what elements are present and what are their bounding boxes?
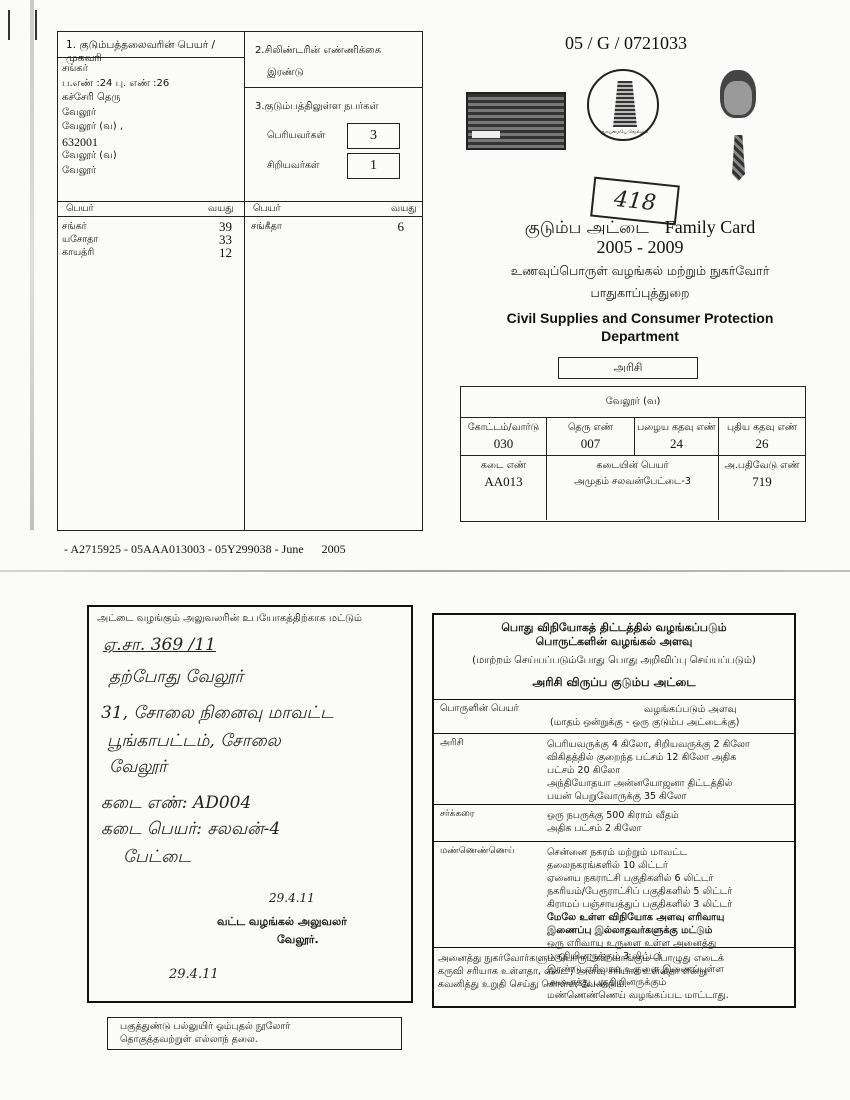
cell-value: அமுதம் சலவன்பேட்டை-3 xyxy=(547,476,718,488)
address-line: வேலூர் xyxy=(62,164,244,179)
adults-label: பெரியவர்கள் xyxy=(255,130,347,142)
register-number-cell: அ.பதிவேடு எண்719 xyxy=(719,456,805,520)
consumer-notice: அனைத்து நுகர்வோர்களும் பொருட்கள் வாங்கும… xyxy=(438,952,788,991)
member-age: 12 xyxy=(219,246,232,259)
officer-use-box: அட்டை வழங்கும் அலுவலரின் உபயோகத்திற்காக … xyxy=(87,605,413,1003)
address-line: வேலூர் (வ) , xyxy=(62,120,244,135)
emblem-motto: வாய்மையே வெல்லும் xyxy=(599,129,651,135)
taluk: வேலூர் (வ) xyxy=(461,387,805,418)
cell-value: 007 xyxy=(547,436,634,452)
cylinder-count-label: 2.சிலிண்டரின் எண்ணிக்கை xyxy=(255,40,422,62)
scan-mark xyxy=(35,10,37,40)
handwritten-line: கடை பெயர்: சலவன்-4 xyxy=(101,819,280,841)
department-english: Civil Supplies and Consumer Protection D… xyxy=(450,309,830,345)
member-row: சங்கீதா 6 xyxy=(251,220,404,233)
members-label: 3.குடும்பத்திலுள்ள நபர்கள் xyxy=(255,101,422,113)
cell-label: தெரு எண் xyxy=(547,422,634,434)
members-cell: 3.குடும்பத்திலுள்ள நபர்கள் பெரியவர்கள் 3… xyxy=(245,88,422,188)
department-english-line-1: Civil Supplies and Consumer Protection xyxy=(450,309,830,327)
address-line: ப.எண் :24 பு. எண் :26 xyxy=(62,77,244,92)
children-label: சிறியவர்கள் xyxy=(255,160,347,172)
cell-label: பழைய கதவு எண் xyxy=(635,422,718,434)
officer-box-header: அட்டை வழங்கும் அலுவலரின் உபயோகத்திற்காக … xyxy=(89,607,411,625)
ration-entitlement-table: பொது விநியோகத் திட்டத்தில் வழங்கப்படும் … xyxy=(432,613,796,1008)
quantity-line: தலைநகரங்களில் 10 லிட்டர் xyxy=(547,859,732,872)
cell-label: கடையின் பெயர் xyxy=(547,460,718,472)
ration-title: பொது விநியோகத் திட்டத்தில் வழங்கப்படும் … xyxy=(434,615,794,649)
child-members-list: சங்கீதா 6 xyxy=(251,220,404,233)
address-line: வேலூர் (வ) xyxy=(62,149,244,164)
quantity-header-line-2: (மாதம் ஒன்றுக்கு - ஒரு குடும்ப அட்டைக்கு… xyxy=(550,716,739,729)
notice-line: கவனித்து உறுதி செய்து கொள்ள வேண்டும். xyxy=(438,978,788,991)
cell-value: 030 xyxy=(461,436,546,452)
quantity-line: விகிதத்தில் குறைந்த பட்சம் 12 கிலோ அதிக xyxy=(547,751,750,764)
quantity-column-header: வழங்கப்படும் அளவு (மாதம் ஒன்றுக்கு - ஒரு… xyxy=(550,703,739,729)
head-of-family-label: 1. குடும்பத்தலைவரின் பெயர் / முகவரி xyxy=(58,32,244,58)
address-pincode: 632001 xyxy=(62,135,244,150)
ration-subtitle: (மாற்றம் செய்யப்படும்போது பொது அறிவிப்பு… xyxy=(434,655,794,667)
department-tamil-line-1: உணவுப்பொருள் வழங்கல் மற்றும் நுகர்வோர் xyxy=(450,263,830,280)
department-tamil-line-2: பாதுகாப்புத்துறை xyxy=(450,285,830,302)
handwritten-line: தற்போது வேலூர் xyxy=(109,667,243,689)
quote-line: தொகுத்தவற்றுள் எல்லாந் தலை. xyxy=(120,1033,401,1046)
card-title-tamil: குடும்ப அட்டை xyxy=(525,218,649,238)
divider xyxy=(434,804,794,805)
child-name-header: பெயர் xyxy=(253,203,281,215)
handwritten-line: பூங்காபட்டம், சோலை xyxy=(107,731,281,753)
address-line: வேலூர் xyxy=(62,106,244,121)
quantity-line: மேலே உள்ள விநியோக அளவு எரிவாயு xyxy=(547,911,732,924)
cell-value: AA013 xyxy=(461,474,546,490)
cylinder-count-value: இரண்டு xyxy=(255,62,422,84)
quantity-line: ஒரு நபருக்கு 500 கிராம் வீதம் xyxy=(547,809,679,822)
member-row: காயத்ரி 12 xyxy=(62,246,232,259)
card-title-english: Family Card xyxy=(665,217,756,237)
cell-value: 719 xyxy=(719,474,805,490)
card-type-badge: அரிசி xyxy=(558,357,698,379)
address-block: சங்கர் ப.எண் :24 பு. எண் :26 கச்சேரி தெர… xyxy=(58,58,244,178)
cardholder-photo xyxy=(710,65,770,183)
item-sugar: சர்க்கரை xyxy=(440,809,474,820)
reference-codes: - A2715925 - 05AAA013003 - 05Y299038 - J… xyxy=(64,542,346,557)
address-grid-row: கோட்டம்/வார்டு030 தெரு எண்007 பழைய கதவு … xyxy=(461,418,805,456)
handwritten-line: பேட்டை xyxy=(123,847,191,869)
handwritten-line: கடை எண்: AD004 xyxy=(101,793,251,815)
shop-number-cell: கடை எண்AA013 xyxy=(461,456,547,520)
quantity-line: பெரியவருக்கு 4 கிலோ, சிறியவருக்கு 2 கிலோ xyxy=(547,738,750,751)
head-of-family-column: 1. குடும்பத்தலைவரின் பெயர் / முகவரி சங்க… xyxy=(58,32,245,530)
validity-years: 2005 - 2009 xyxy=(450,237,830,258)
rice-quantity: பெரியவருக்கு 4 கிலோ, சிறியவருக்கு 2 கிலோ… xyxy=(547,738,750,803)
cylinder-count-cell: 2.சிலிண்டரின் எண்ணிக்கை இரண்டு xyxy=(245,32,422,88)
cell-label: கோட்டம்/வார்டு xyxy=(461,422,546,434)
department-english-line-2: Department xyxy=(450,327,830,345)
quantity-line: பட்சம் 20 கிலோ xyxy=(547,764,750,777)
divider xyxy=(58,216,422,217)
signature-date: 29.4.11 xyxy=(269,891,315,905)
quantity-line: பயன் பெறுவோருக்கு 35 கிலோ xyxy=(547,790,750,803)
adult-members-list: சங்கர் 39 யசோதா 33 காயத்ரி 12 xyxy=(62,220,232,259)
member-name: சங்கர் xyxy=(62,220,87,233)
officer-place: வேலூர். xyxy=(277,933,319,948)
member-age: 6 xyxy=(398,220,405,233)
card-number: 05 / G / 0721033 xyxy=(565,33,687,54)
divider xyxy=(434,841,794,842)
shop-name-cell: கடையின் பெயர்அமுதம் சலவன்பேட்டை-3 xyxy=(547,456,719,520)
divider xyxy=(58,201,422,202)
card-kind: அரிசி விருப்ப குடும்ப அட்டை xyxy=(434,675,794,691)
address-line: கச்சேரி தெரு xyxy=(62,91,244,106)
cell-label: கடை எண் xyxy=(461,460,546,472)
adult-name-header: பெயர் xyxy=(66,203,94,215)
quantity-line: நகரியம்/பேரூராட்சிப் பகுதிகளில் 5 லிட்டர… xyxy=(547,885,732,898)
cell-label: புதிய கதவு எண் xyxy=(719,422,805,434)
thirukkural-quote: பகுத்துண்டு பல்லுயிர் ஓம்புதல் நூலோர் தொ… xyxy=(107,1017,402,1050)
quantity-line: ஒரு எரிவாயு உருளை உள்ள அனைத்து xyxy=(547,937,732,950)
child-age-header: வயது xyxy=(391,203,416,215)
family-details-table: 1. குடும்பத்தலைவரின் பெயர் / முகவரி சங்க… xyxy=(57,31,423,531)
member-name: காயத்ரி xyxy=(62,246,94,259)
quantity-line: அதிக பட்சம் 2 கிலோ xyxy=(547,822,679,835)
quantity-line: சென்னை நகரம் மற்றும் மாவட்ட xyxy=(547,846,732,859)
cell-label: அ.பதிவேடு எண் xyxy=(719,460,805,472)
street-number-cell: தெரு எண்007 xyxy=(547,418,635,455)
adult-age-header: வயது xyxy=(208,203,233,215)
handwritten-line: 31, சோலை நினைவு மாவட்ட xyxy=(101,703,334,725)
ward-cell: கோட்டம்/வார்டு030 xyxy=(461,418,547,455)
cell-value: 24 xyxy=(635,436,718,452)
member-row: சங்கர் 39 xyxy=(62,220,232,233)
scan-mark xyxy=(8,10,10,40)
new-door-number-cell: புதிய கதவு எண்26 xyxy=(719,418,805,455)
quantity-line: அந்தியோதயா அன்னயோஜனா திட்டத்தில் xyxy=(547,777,750,790)
item-rice: அரிசி xyxy=(440,738,464,749)
ration-title-line-1: பொது விநியோகத் திட்டத்தில் வழங்கப்படும் xyxy=(434,621,794,635)
officer-designation: வட்ட வழங்கல் அலுவலர் xyxy=(217,915,347,930)
hologram-stamp-icon xyxy=(466,92,566,150)
notice-line: கருவி சரியாக உள்ளதா, எடை / அளவு சரியாக உ… xyxy=(438,965,788,978)
address-grid-row: கடை எண்AA013 கடையின் பெயர்அமுதம் சலவன்பே… xyxy=(461,456,805,520)
temple-tower-icon xyxy=(613,81,637,127)
item-kerosene: மண்ணெண்ணெய் xyxy=(440,846,515,857)
quantity-header-line-1: வழங்கப்படும் அளவு xyxy=(550,703,739,716)
sugar-quantity: ஒரு நபருக்கு 500 கிராம் வீதம் அதிக பட்சம… xyxy=(547,809,679,835)
quantity-line: கிராமப் பஞ்சாயத்துப் பகுதிகளில் 3 லிட்டர… xyxy=(547,898,732,911)
member-name: சங்கீதா xyxy=(251,220,282,233)
initial-date: 29.4.11 xyxy=(169,967,219,982)
scan-edge xyxy=(30,0,34,530)
member-row: யசோதா 33 xyxy=(62,233,232,246)
ration-title-line-2: பொருட்களின் வழங்கல் அளவு xyxy=(434,635,794,649)
item-column-header: பொருளின் பெயர் xyxy=(440,703,519,715)
cell-value: 26 xyxy=(719,436,805,452)
quote-line: பகுத்துண்டு பல்லுயிர் ஓம்புதல் நூலோர் xyxy=(120,1020,401,1033)
handwritten-line: வேலூர் xyxy=(109,757,167,779)
divider xyxy=(434,733,794,734)
member-name: யசோதா xyxy=(62,233,98,246)
adults-count: 3 xyxy=(347,123,400,149)
divider xyxy=(434,699,794,700)
quantity-line: இணைப்பு இல்லாதவர்களுக்கு மட்டும் xyxy=(547,924,732,937)
fold-line xyxy=(0,570,850,572)
notice-line: அனைத்து நுகர்வோர்களும் பொருட்கள் வாங்கும… xyxy=(438,952,788,965)
divider xyxy=(434,947,794,948)
old-door-number-cell: பழைய கதவு எண்24 xyxy=(635,418,719,455)
handwritten-line: ஏ.சா. 369 /11 xyxy=(103,635,216,657)
tamil-nadu-emblem-icon: வாய்மையே வெல்லும் xyxy=(587,69,659,141)
address-grid: வேலூர் (வ) கோட்டம்/வார்டு030 தெரு எண்007… xyxy=(460,386,806,522)
quantity-line: ஏனைய நகராட்சி பகுதிகளில் 6 லிட்டர் xyxy=(547,872,732,885)
children-count: 1 xyxy=(347,153,400,179)
